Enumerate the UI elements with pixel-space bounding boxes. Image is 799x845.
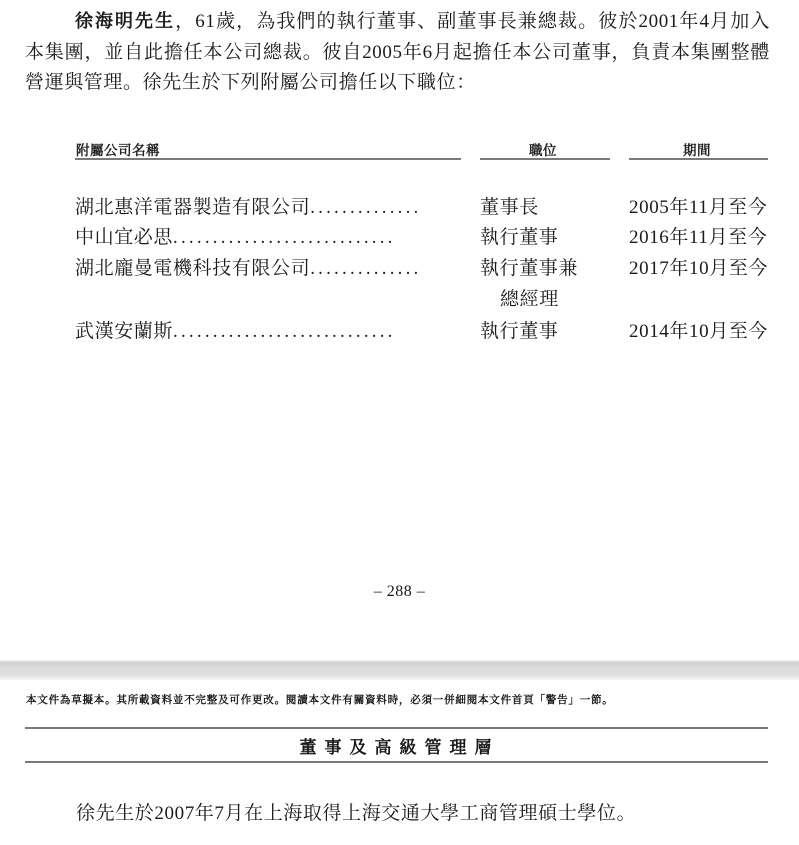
column-rule-company [75, 158, 461, 160]
position-cell: 執行董事 [480, 223, 610, 254]
director-intro-paragraph: 徐海明先生，61歲，為我們的執行董事、副董事長兼總裁。彼於2001年4月加入本集… [25, 7, 770, 99]
position-cell: 執行董事 [480, 317, 610, 348]
period-cell: 2016年11月至今 [629, 223, 774, 254]
column-rule-period [629, 158, 768, 160]
education-paragraph: 徐先生於2007年7月在上海取得上海交通大學工商管理碩士學位。 [76, 798, 636, 825]
period-cell: 2014年10月至今 [629, 317, 774, 348]
leader-dots: .............. [310, 197, 421, 218]
period-cell: 2005年11月至今 [629, 193, 774, 224]
section-title: 董事及高級管理層 [0, 733, 799, 758]
document-page-288: 徐海明先生，61歲，為我們的執行董事、副董事長兼總裁。彼於2001年4月加入本集… [0, 0, 799, 660]
company-name-cell: 湖北龐曼電機科技有限公司.............. [75, 254, 460, 285]
company-name-cell: 中山宜必思............................ [75, 223, 460, 254]
column-header-position: 職位 [529, 139, 557, 159]
draft-disclaimer: 本文件為草擬本。其所載資料並不完整及可作更改。閱讀本文件有關資料時，必須一併細閱… [26, 692, 614, 707]
company-name-cell: 武漢安蘭斯............................ [75, 317, 460, 348]
company-name-cell: 湖北惠洋電器製造有限公司.............. [75, 193, 460, 224]
section-header-top-rule [25, 727, 768, 729]
section-header-bottom-rule [25, 761, 768, 763]
page-number: – 288 – [0, 583, 799, 601]
position-cell: 董事長 [480, 193, 610, 224]
page-separator [0, 660, 799, 680]
column-rule-position [480, 158, 610, 160]
leader-dots: ............................ [173, 227, 396, 248]
period-cell: 2017年10月至今 [629, 254, 774, 285]
position-cell: 執行董事兼總經理 [480, 254, 610, 315]
position-continuation: 總經理 [480, 285, 610, 316]
column-header-company: 附屬公司名稱 [76, 139, 160, 159]
leader-dots: .............. [310, 258, 421, 279]
director-name: 徐海明先生 [75, 11, 175, 32]
column-header-period: 期間 [683, 139, 711, 159]
leader-dots: ............................ [173, 321, 396, 342]
